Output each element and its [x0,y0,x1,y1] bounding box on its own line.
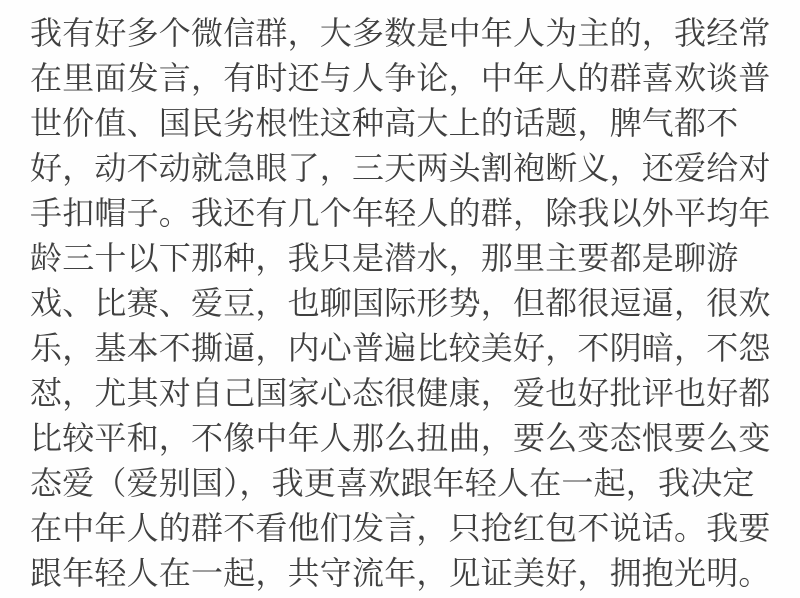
text-line: 龄三十以下那种，我只是潜水，那里主要都是聊游 [30,236,774,281]
text-line: 跟年轻人在一起，共守流年，见证美好，拥抱光明。 [30,551,774,596]
text-line: 好，动不动就急眼了，三天两头割袍断义，还爱给对 [30,146,774,191]
text-line: 怼，尤其对自己国家心态很健康，爱也好批评也好都 [30,371,774,416]
text-line: 乐，基本不撕逼，内心普遍比较美好，不阴暗，不怨 [30,326,774,371]
paragraph: 我有好多个微信群，大多数是中年人为主的，我经常 在里面发言，有时还与人争论，中年… [30,11,774,596]
text-line: 戏、比赛、爱豆，也聊国际形势，但都很逗逼，很欢 [30,281,774,326]
page: 我有好多个微信群，大多数是中年人为主的，我经常 在里面发言，有时还与人争论，中年… [0,0,800,598]
text-line: 态爱（爱别国），我更喜欢跟年轻人在一起，我决定 [30,461,774,506]
text-line: 世价值、国民劣根性这种高大上的话题，脾气都不 [30,101,774,146]
text-line: 在中年人的群不看他们发言，只抢红包不说话。我要 [30,506,774,551]
text-line: 我有好多个微信群，大多数是中年人为主的，我经常 [30,11,774,56]
text-line: 手扣帽子。我还有几个年轻人的群，除我以外平均年 [30,191,774,236]
text-line: 比较平和，不像中年人那么扭曲，要么变态恨要么变 [30,416,774,461]
text-line: 在里面发言，有时还与人争论，中年人的群喜欢谈普 [30,56,774,101]
